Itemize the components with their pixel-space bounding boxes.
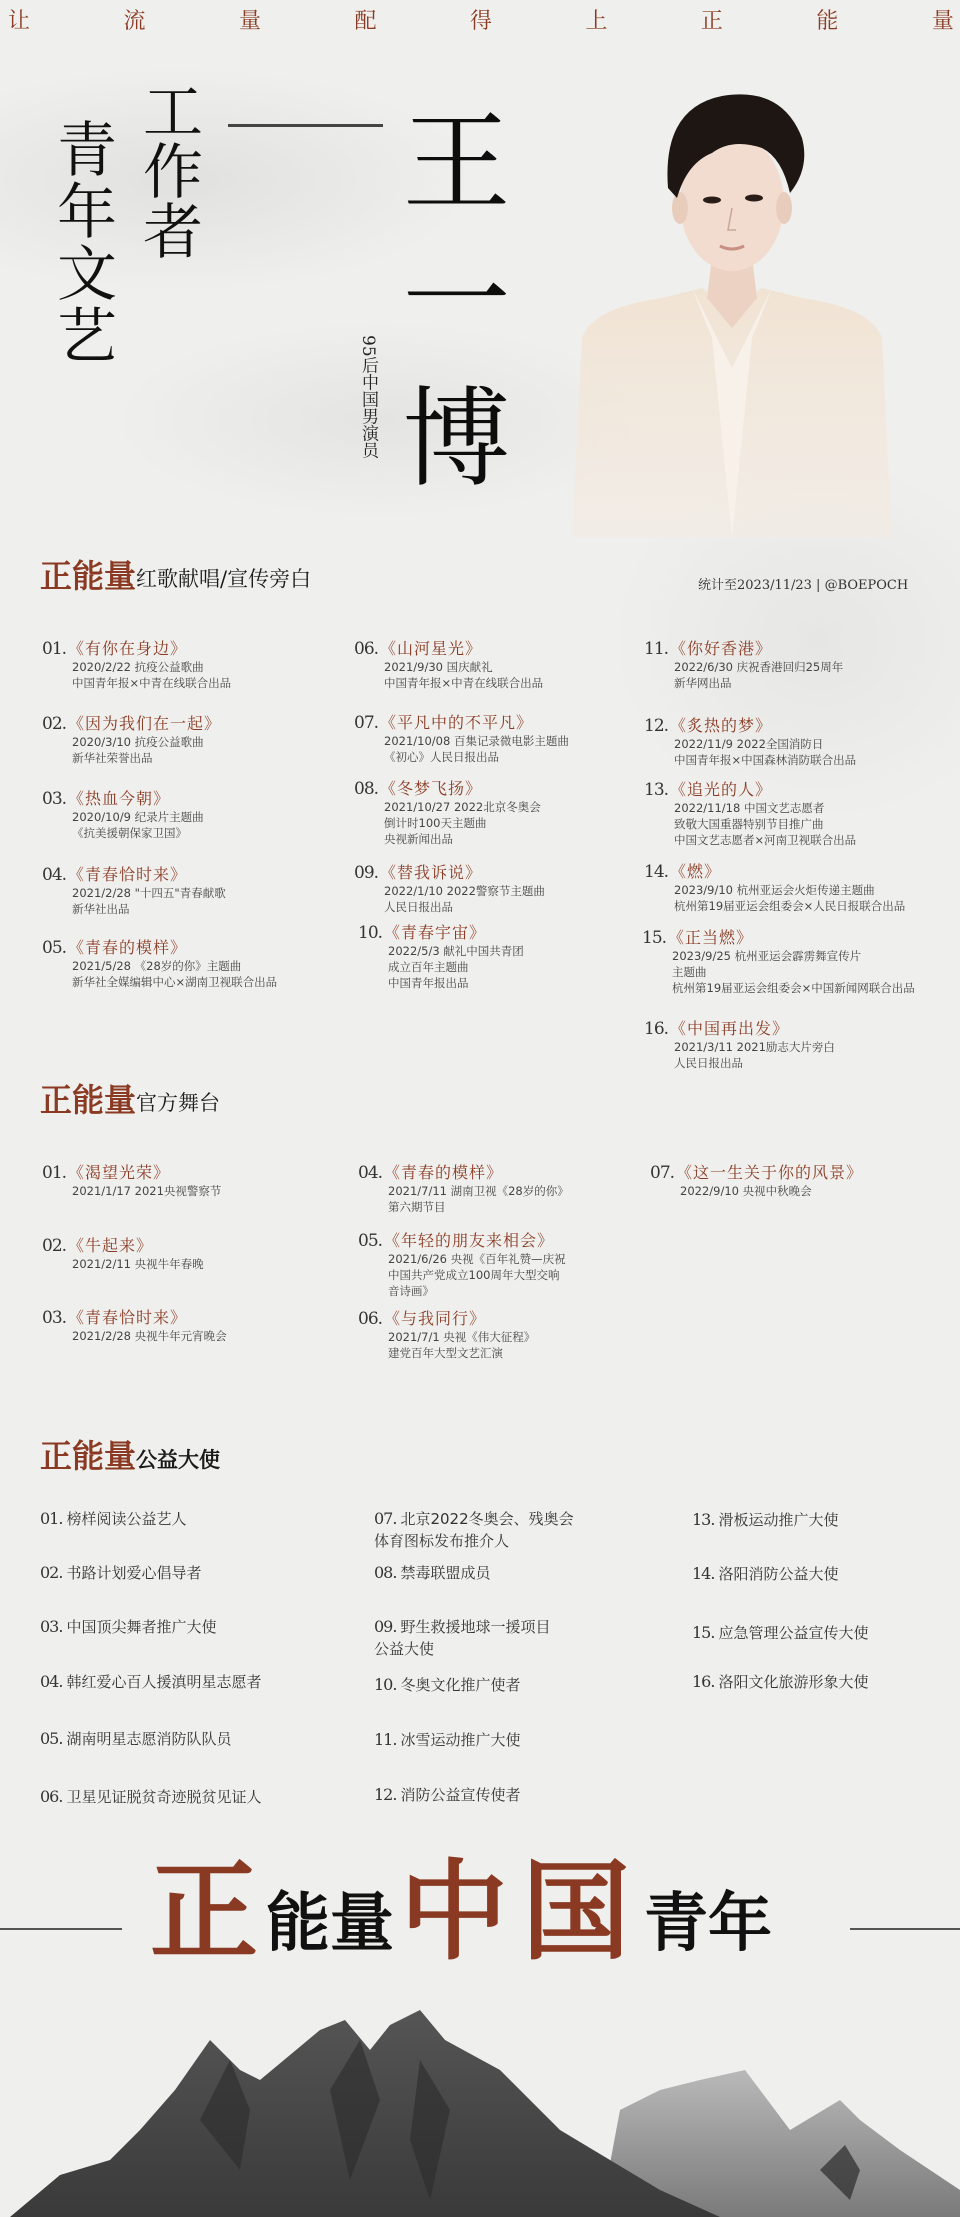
song-item: 01.《有你在身边》 2020/2/22 抗疫公益歌曲 中国青年报×中青在线联合… [42,636,231,691]
stage-title: 《年轻的朋友来相会》 [384,1228,554,1251]
song-item: 13.《追光的人》 2022/11/18 中国文艺志愿者 致敬大国重器特别节目推… [644,777,856,848]
slogan-char: 上 [585,4,607,44]
ambassador-item: 16.洛阳文化旅游形象大使 [692,1671,868,1693]
song-title: 《青春恰时来》 [68,862,187,885]
stage-item: 01.《渴望光荣》 2021/1/17 2021央视警察节 [42,1160,221,1199]
ambassador-item: 15.应急管理公益宣传大使 [692,1622,868,1644]
song-item: 09.《替我诉说》 2022/1/10 2022警察节主题曲 人民日报出品 [354,860,545,915]
stage-item: 02.《牛起来》 2021/2/11 央视牛年春晚 [42,1233,204,1272]
song-item: 08.《冬梦飞扬》 2021/10/27 2022北京冬奥会 倒计时100天主题… [354,776,541,847]
hero-divider [228,124,383,127]
stage-item: 05.《年轻的朋友来相会》 2021/6/26 央视《百年礼赞—庆祝 中国共产党… [358,1228,566,1299]
ambassador-item: 14.洛阳消防公益大使 [692,1563,838,1585]
song-title: 《山河星光》 [380,636,482,659]
ambassador-item: 03.中国顶尖舞者推广大使 [40,1616,216,1638]
slogan-char: 配 [354,4,376,44]
stage-title: 《这一生关于你的风景》 [676,1160,863,1183]
ambassador-item: 12.消防公益宣传使者 [374,1784,520,1806]
slogan-char: 让 [8,4,30,44]
section-header-songs: 正能量 红歌献唱/宣传旁白 [40,560,311,592]
stage-title: 《青春恰时来》 [68,1305,187,1328]
song-title: 《热血今朝》 [68,786,170,809]
song-title: 《炙热的梦》 [670,713,772,736]
song-title: 《平凡中的不平凡》 [380,710,533,733]
song-item: 11.《你好香港》 2022/6/30 庆祝香港回归25周年 新华网出品 [644,636,843,691]
song-title: 《青春宇宙》 [384,920,486,943]
slogan-char: 量 [932,4,954,44]
slogan-char: 正 [701,4,723,44]
stage-item: 03.《青春恰时来》 2021/2/28 央视牛年元宵晚会 [42,1305,227,1344]
ambassador-item: 05.湖南明星志愿消防队队员 [40,1728,231,1750]
hero-title-line-1: 工作者 [138,80,198,260]
song-item: 12.《炙热的梦》 2022/11/9 2022全国消防日 中国青年报×中国森林… [644,713,856,768]
portrait-photo [552,68,912,538]
hero-title-line-2: 青年文艺 [52,118,112,366]
section-highlight: 正能量 [40,1440,136,1472]
stage-item: 07.《这一生关于你的风景》 2022/9/10 央视中秋晚会 [650,1160,863,1199]
stage-title: 《与我同行》 [384,1306,486,1329]
hero-name: 王一博 [392,105,500,519]
ambassador-item: 08.禁毒联盟成员 [374,1562,490,1584]
ambassador-item: 07.北京2022冬奥会、残奥会体育图标发布推介人 [374,1508,574,1552]
section-highlight: 正能量 [40,560,136,592]
song-item: 04.《青春恰时来》 2021/2/28 "十四五"青春献歌 新华社出品 [42,862,226,917]
ambassador-item: 11.冰雪运动推广大使 [374,1729,520,1751]
song-item: 16.《中国再出发》 2021/3/11 2021励志大片旁白 人民日报出品 [644,1016,835,1071]
ambassador-item: 06.卫星见证脱贫奇迹脱贫见证人 [40,1786,261,1808]
section-subtitle: 公益大使 [136,1449,220,1472]
song-title: 《替我诉说》 [380,860,482,883]
mountain-icon [0,2000,960,2217]
stage-title: 《渴望光荣》 [68,1160,170,1183]
section-subtitle: 官方舞台 [136,1093,220,1116]
banner-divider-left [0,1928,122,1930]
section-subtitle: 红歌献唱/宣传旁白 [136,569,311,592]
song-item: 02.《因为我们在一起》 2020/3/10 抗疫公益歌曲 新华社荣誉出品 [42,711,221,766]
section-header-stages: 正能量 官方舞台 [40,1084,220,1116]
song-title: 《有你在身边》 [68,636,187,659]
song-title: 《冬梦飞扬》 [380,776,482,799]
banner-divider-right [850,1928,960,1930]
closing-banner: 正 能量 中国 青年 [150,1858,772,1966]
section-header-ambassador: 正能量 公益大使 [40,1440,220,1472]
song-title: 《你好香港》 [670,636,772,659]
top-slogan: 让 流 量 配 得 上 正 能 量 [0,4,960,44]
ambassador-item: 09.野生救援地球一援项目公益大使 [374,1616,550,1660]
song-item: 07.《平凡中的不平凡》 2021/10/08 百集记录微电影主题曲 《初心》人… [354,710,569,765]
ambassador-item: 01.榜样阅读公益艺人 [40,1508,186,1530]
slogan-char: 能 [816,4,838,44]
song-item: 05.《青春的模样》 2021/5/28 《28岁的你》主题曲 新华社全媒编辑中… [42,935,277,990]
ambassador-item: 10.冬奥文化推广使者 [374,1674,520,1696]
song-title: 《正当燃》 [668,925,753,948]
song-item: 03.《热血今朝》 2020/10/9 纪录片主题曲 《抗美援朝保家卫国》 [42,786,204,841]
song-title: 《燃》 [670,859,721,882]
song-title: 《中国再出发》 [670,1016,789,1039]
slogan-char: 得 [470,4,492,44]
song-item: 15.《正当燃》 2023/9/25 杭州亚运会霹雳舞宣传片 主题曲 杭州第19… [642,925,915,996]
ambassador-item: 13.滑板运动推广大使 [692,1509,838,1531]
ambassador-item: 04.韩红爱心百人援滇明星志愿者 [40,1671,261,1693]
song-item: 10.《青春宇宙》 2022/5/3 献礼中国共青团 成立百年主题曲 中国青年报… [358,920,524,991]
song-item: 06.《山河星光》 2021/9/30 国庆献礼 中国青年报×中青在线联合出品 [354,636,543,691]
stage-item: 06.《与我同行》 2021/7/1 央视《伟大征程》 建党百年大型文艺汇演 [358,1306,535,1361]
song-title: 《青春的模样》 [68,935,187,958]
mountain-illustration [0,2000,960,2217]
song-title: 《追光的人》 [670,777,772,800]
slogan-char: 量 [239,4,261,44]
ambassador-item: 02.书路计划爱心倡导者 [40,1562,201,1584]
stage-item: 04.《青春的模样》 2021/7/11 湖南卫视《28岁的你》 第六期节目 [358,1160,569,1215]
slogan-char: 流 [123,4,145,44]
portrait-illustration [552,68,912,538]
song-item: 14.《燃》 2023/9/10 杭州亚运会火炬传递主题曲 杭州第19届亚运会组… [644,859,905,914]
song-title: 《因为我们在一起》 [68,711,221,734]
stats-note: 统计至2023/11/23 | @BOEPOCH [698,574,908,593]
stage-title: 《牛起来》 [68,1233,153,1256]
hero-subtitle: 95后中国男演员 [356,335,381,459]
section-highlight: 正能量 [40,1084,136,1116]
stage-title: 《青春的模样》 [384,1160,503,1183]
